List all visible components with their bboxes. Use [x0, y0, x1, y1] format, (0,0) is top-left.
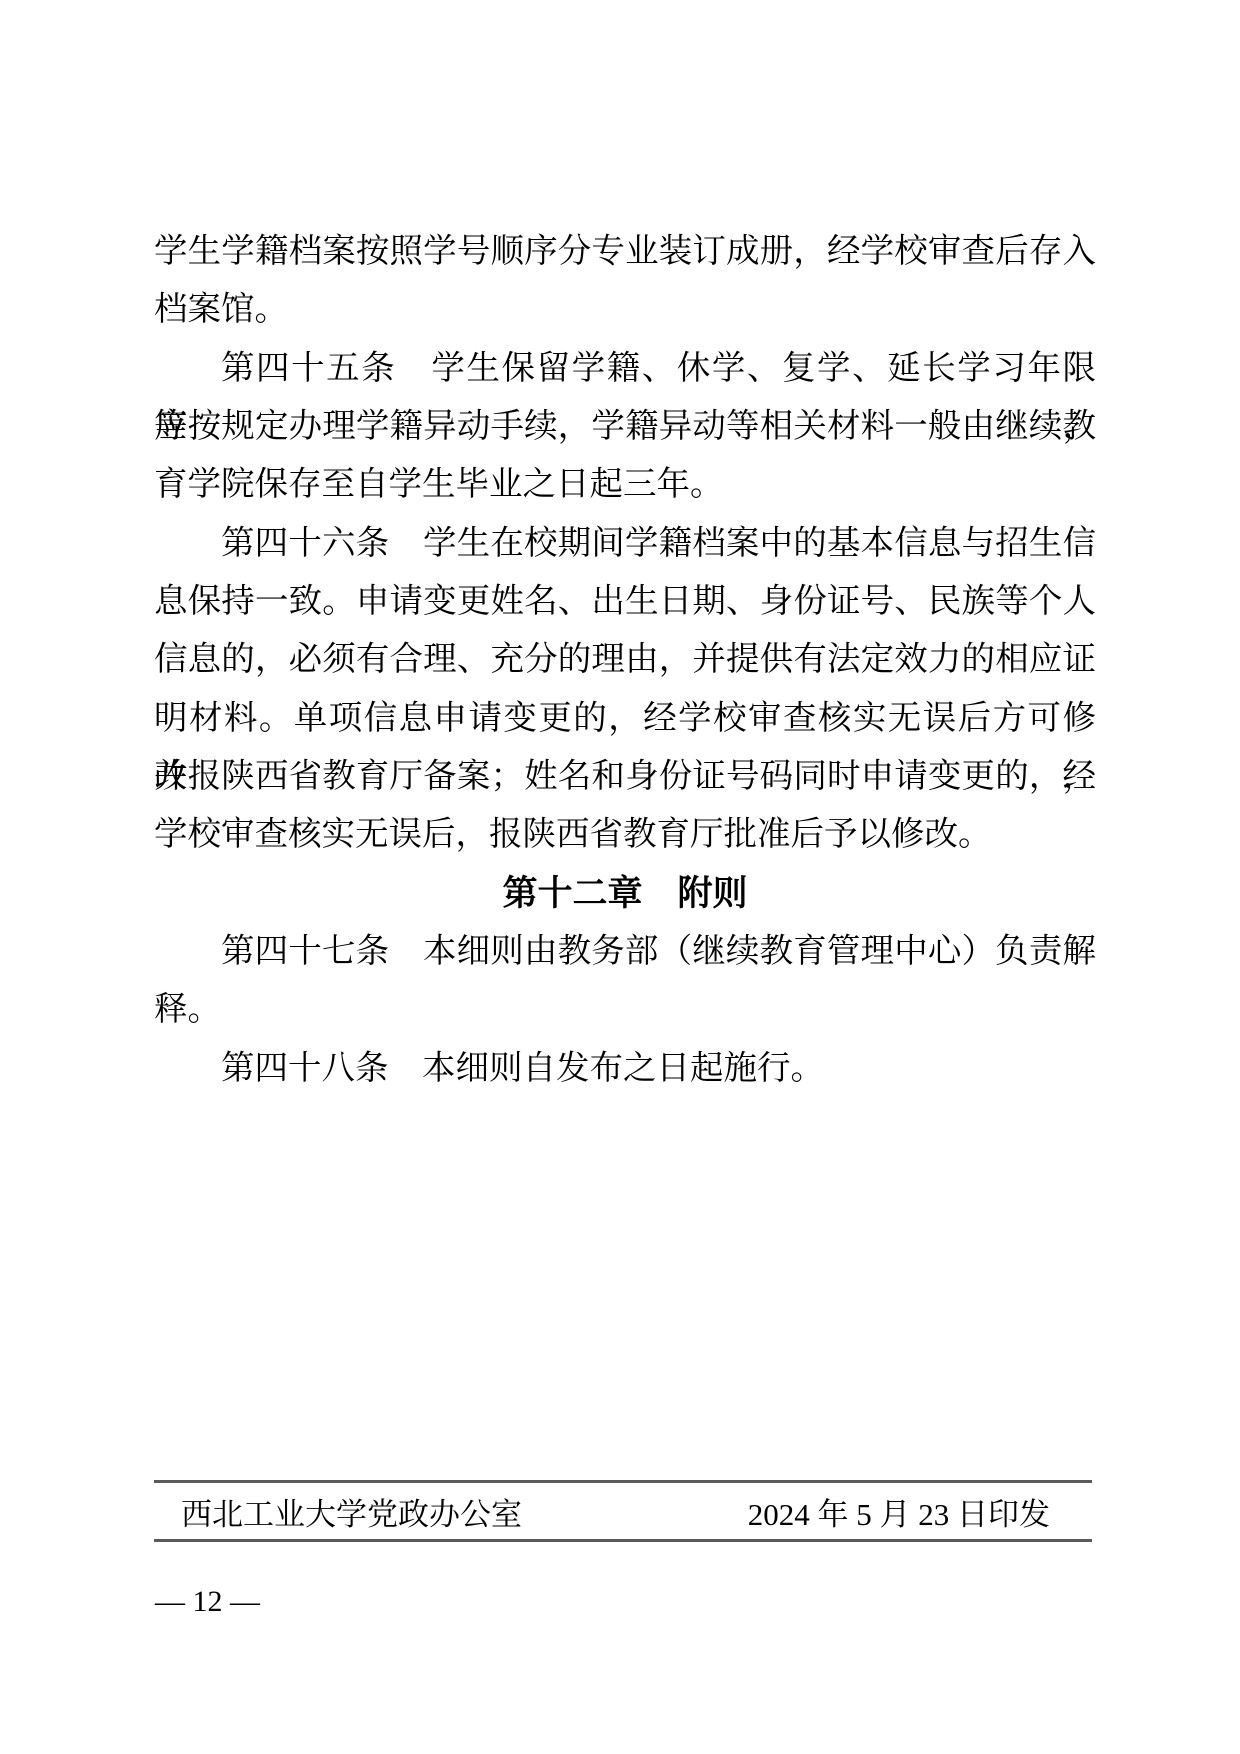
article-46-line: 第四十六条 学生在校期间学籍档案中的基本信息与招生信 [154, 515, 1096, 573]
body-line: 档案馆。 [154, 281, 1096, 339]
body-line: 学校审查核实无误后，报陕西省教育厅批准后予以修改。 [154, 806, 1096, 864]
footer: 西北工业大学党政办公室 2024 年 5 月 23 日印发 [154, 1483, 1092, 1539]
body-line: 育学院保存至自学生毕业之日起三年。 [154, 456, 1096, 514]
document-page: 学生学籍档案按照学号顺序分专业装订成册，经学校审查后存入 档案馆。 第四十五条 … [0, 0, 1240, 1754]
footer-issuer: 西北工业大学党政办公室 [181, 1489, 522, 1534]
article-45-line: 第四十五条 学生保留学籍、休学、复学、延长学习年限等， [154, 340, 1096, 398]
footer-rule-bottom [154, 1539, 1092, 1542]
body-line: 明材料。单项信息申请变更的，经学校审查核实无误后方可修改， [154, 690, 1096, 748]
body-line: 释。 [154, 981, 1096, 1039]
article-47-line: 第四十七条 本细则由教务部（继续教育管理中心）负责解 [154, 923, 1096, 981]
body-line: 应按规定办理学籍异动手续，学籍异动等相关材料一般由继续教 [154, 398, 1096, 456]
page-number: — 12 — [155, 1584, 260, 1620]
body-line: 并报陕西省教育厅备案；姓名和身份证号码同时申请变更的，经 [154, 748, 1096, 806]
footer-date: 2024 年 5 月 23 日印发 [748, 1489, 1050, 1534]
body-line: 学生学籍档案按照学号顺序分专业装订成册，经学校审查后存入 [154, 223, 1096, 281]
body-line: 息保持一致。申请变更姓名、出生日期、身份证号、民族等个人 [154, 573, 1096, 631]
body-line: 信息的，必须有合理、充分的理由，并提供有法定效力的相应证 [154, 631, 1096, 689]
document-body: 学生学籍档案按照学号顺序分专业装订成册，经学校审查后存入 档案馆。 第四十五条 … [154, 223, 1096, 1098]
chapter-heading: 第十二章 附则 [154, 865, 1096, 923]
article-48-line: 第四十八条 本细则自发布之日起施行。 [154, 1040, 1096, 1098]
